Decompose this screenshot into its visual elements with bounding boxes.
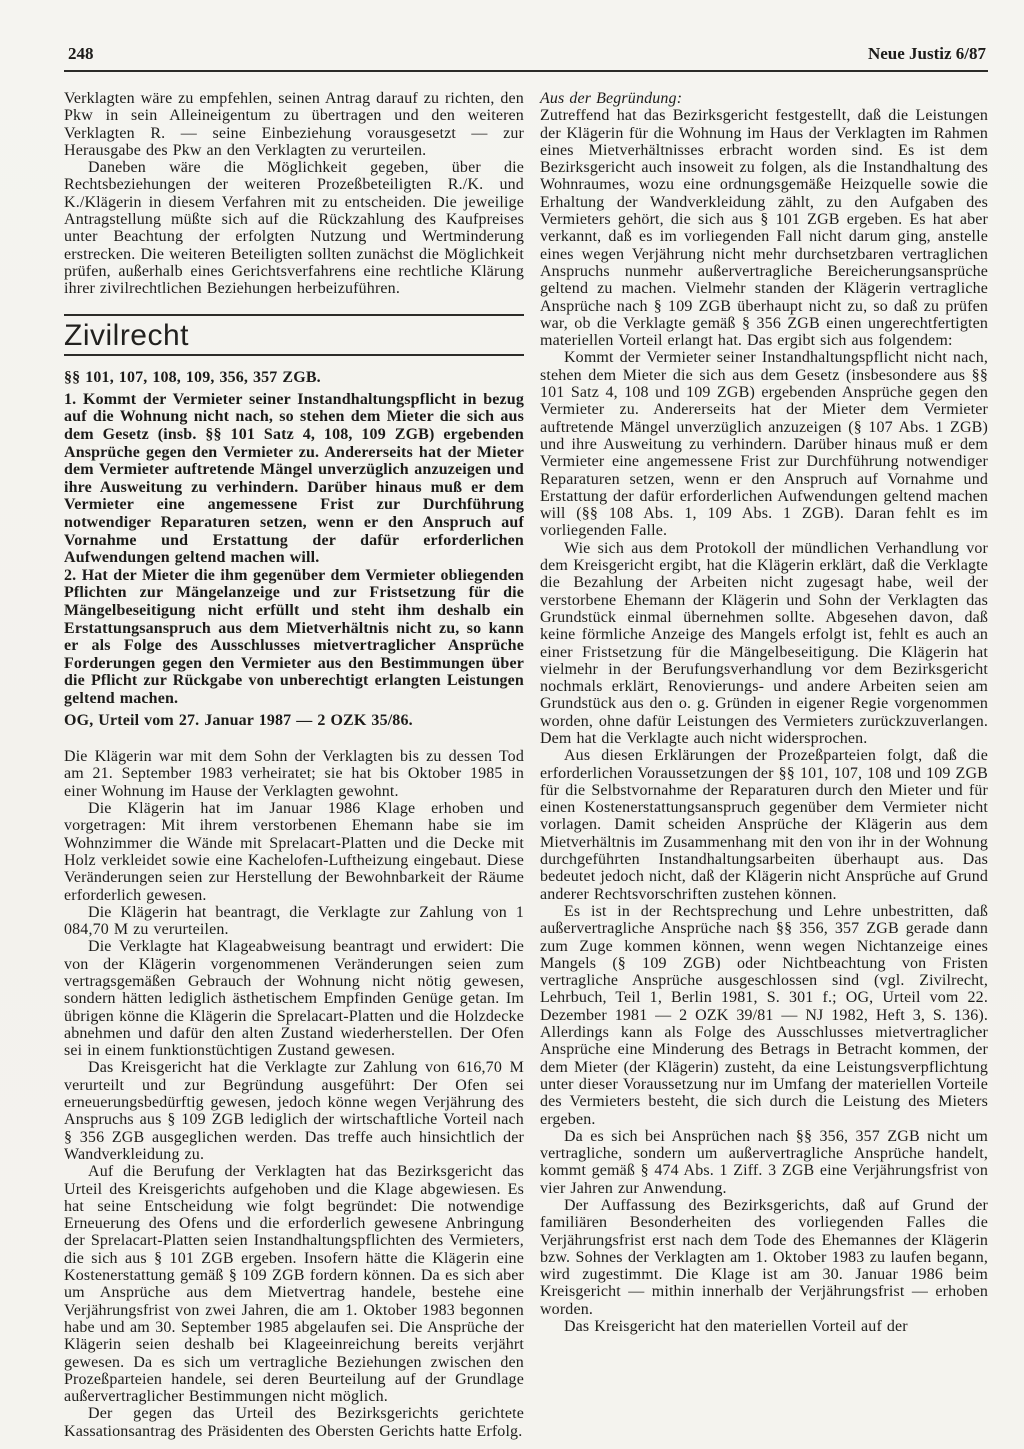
facts-paragraph: Auf die Berufung der Verklagten hat das … bbox=[64, 1163, 524, 1405]
facts-paragraph: Die Klägerin hat beantragt, die Verklagt… bbox=[64, 904, 524, 939]
section-title: Zivilrecht bbox=[64, 319, 524, 353]
facts-paragraph: Der gegen das Urteil des Bezirksgerichts… bbox=[64, 1405, 524, 1440]
headnote-2: 2. Hat der Mieter die ihm gegenüber dem … bbox=[64, 567, 524, 708]
reasoning-paragraph: Es ist in der Rechtsprechung und Lehre u… bbox=[540, 903, 988, 1128]
reasoning-paragraph: Zutreffend hat das Bezirksgericht festge… bbox=[540, 107, 988, 349]
right-column: Aus der Begründung: Zutreffend hat das B… bbox=[540, 90, 988, 1440]
journal-page: 248 Neue Justiz 6/87 Verklagten wäre zu … bbox=[0, 0, 1024, 1449]
case-citation: OG, Urteil vom 27. Januar 1987 — 2 OZK 3… bbox=[64, 712, 524, 730]
page-number: 248 bbox=[68, 44, 94, 64]
intro-paragraph: Verklagten wäre zu empfehlen, seinen Ant… bbox=[64, 90, 524, 159]
headnote-1: 1. Kommt der Vermieter seiner Instandhal… bbox=[64, 391, 524, 567]
left-column: Verklagten wäre zu empfehlen, seinen Ant… bbox=[64, 90, 524, 1440]
journal-issue: Neue Justiz 6/87 bbox=[868, 44, 986, 64]
reasoning-paragraph: Da es sich bei Ansprüchen nach §§ 356, 3… bbox=[540, 1128, 988, 1197]
intro-paragraph: Daneben wäre die Möglichkeit gegeben, üb… bbox=[64, 159, 524, 297]
reasoning-paragraph: Das Kreisgericht hat den materiellen Vor… bbox=[540, 1318, 988, 1335]
header-rule bbox=[64, 70, 988, 72]
reasoning-paragraph: Aus diesen Erklärungen der Prozeßparteie… bbox=[540, 747, 988, 903]
reasoning-label: Aus der Begründung: bbox=[540, 90, 988, 107]
page-header: 248 Neue Justiz 6/87 bbox=[64, 44, 988, 70]
facts-paragraph: Das Kreisgericht hat die Verklagte zur Z… bbox=[64, 1059, 524, 1163]
reasoning-paragraph: Kommt der Vermieter seiner Instandhaltun… bbox=[540, 349, 988, 539]
facts-paragraph: Die Verklagte hat Klageabweisung beantra… bbox=[64, 938, 524, 1059]
reasoning-paragraph: Der Auffassung des Bezirksgerichts, daß … bbox=[540, 1197, 988, 1318]
section-heading-block: Zivilrecht bbox=[64, 314, 524, 356]
reasoning-paragraph: Wie sich aus dem Protokoll der mündliche… bbox=[540, 540, 988, 748]
facts-paragraph: Die Klägerin war mit dem Sohn der Verkla… bbox=[64, 748, 524, 800]
facts-paragraph: Die Klägerin hat im Januar 1986 Klage er… bbox=[64, 800, 524, 904]
text-columns: Verklagten wäre zu empfehlen, seinen Ant… bbox=[64, 90, 988, 1440]
statutes-line: §§ 101, 107, 108, 109, 356, 357 ZGB. bbox=[64, 369, 524, 386]
